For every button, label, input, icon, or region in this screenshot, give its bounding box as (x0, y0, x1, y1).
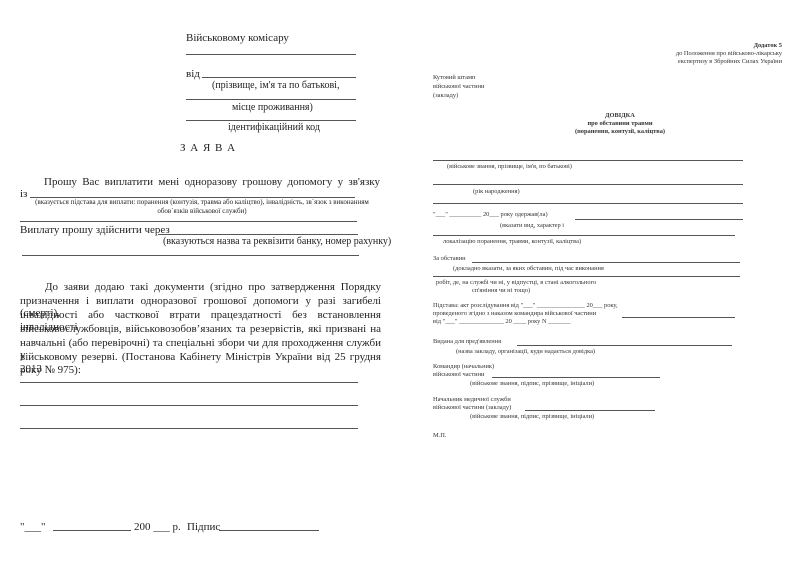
application-title: З А Я В А (180, 142, 236, 154)
hint-name: (прізвище, ім'я та по батькові, (212, 80, 339, 91)
birth-year-field-2[interactable] (433, 203, 743, 204)
hint-circumstances-3: сп'яніння чи ні тощо) (472, 287, 530, 294)
hint-bank: (вказуються назва та реквізити банку, но… (163, 236, 391, 247)
bank-field-2[interactable] (22, 255, 359, 256)
certificate-title: ДОВІДКА (520, 112, 720, 119)
rank-name-field[interactable] (433, 160, 743, 161)
hint-specify: (вказати вид, характер і (500, 222, 564, 229)
commissar-name-field[interactable] (186, 54, 356, 55)
payment-label: Виплату прошу здійснити через (20, 224, 170, 236)
stamp-line-1: Кутовий штамп (433, 74, 475, 81)
medical-chief-line-2: військової частини (закладу) (433, 404, 511, 411)
stamp-place-label: М.П. (433, 432, 447, 439)
order-field[interactable] (622, 317, 735, 318)
footer-sign-label: Підпис (187, 521, 220, 533)
basis-line-2: проведеного згідно з наказом командира в… (433, 310, 596, 317)
issued-label: Видана для пред'явлення (433, 338, 501, 345)
id-code-field[interactable] (186, 120, 356, 121)
circumstances-field-2[interactable] (433, 276, 740, 277)
residence-field[interactable] (186, 99, 356, 100)
addressee-label: Військовому комісару (186, 32, 289, 44)
applicant-name-field[interactable] (202, 77, 356, 78)
stamp-line-3: (закладу) (433, 92, 458, 99)
attach-line: року № 975): (20, 364, 81, 376)
footer-date-field[interactable] (53, 530, 131, 531)
hint-circumstances-2: робіт, де, на службі чи ні, у відпустці,… (436, 279, 596, 286)
bank-field[interactable] (158, 234, 358, 235)
attachment-field-3[interactable] (20, 428, 358, 429)
attach-line: До заяви додаю такі документи (згідно пр… (45, 281, 381, 293)
medical-chief-signature-field[interactable] (525, 410, 655, 411)
from-label: від (186, 68, 200, 80)
hint-reason-2: обов`язків військової служби) (20, 207, 384, 215)
injury-date-line: "___" __________ 20___ року одержав(ла) (433, 211, 548, 218)
stamp-line-2: військової частини (433, 83, 484, 90)
hint-circumstances-1: (докладно вказати, за яких обставин, під… (453, 265, 604, 272)
birth-year-field[interactable] (433, 184, 743, 185)
injury-localization-field[interactable] (433, 235, 735, 236)
hint-rank-name: (військове звання, прізвище, ім'я, по ба… (447, 163, 572, 170)
request-text: Прошу Вас виплатити мені одноразову грош… (44, 176, 380, 188)
attachment-field-2[interactable] (20, 405, 358, 406)
circumstances-label: За обставин (433, 255, 465, 262)
basis-line-1: Підстава: акт розслідування від "___" __… (433, 302, 618, 309)
hint-commander: (військове звання, підпис, прізвище, іні… (470, 380, 594, 387)
attachment-field-1[interactable] (20, 382, 358, 383)
certificate-subtitle-2: (поранення, контузії, каліцтва) (520, 128, 720, 135)
commander-signature-field[interactable] (492, 377, 660, 378)
hint-id-code: ідентифікаційний код (228, 122, 320, 133)
hint-birth-year: (рік народження) (473, 188, 520, 195)
signature-field[interactable] (219, 530, 319, 531)
reason-field-2[interactable] (20, 221, 357, 222)
hint-issued: (назва закладу, організації, куди надаєт… (456, 348, 595, 355)
issued-to-field[interactable] (517, 345, 732, 346)
certificate-subtitle-1: про обставини травми (520, 120, 720, 127)
hint-reason-1: (вказується підстава для виплати: поране… (20, 198, 384, 206)
medical-chief-line-1: Начальник медичної служби (433, 396, 511, 403)
appendix-title: Додаток 5 (754, 42, 782, 49)
hint-medical-chief: (військове звання, підпис, прізвище, іні… (470, 413, 594, 420)
hint-localization: локалізацію поранення, травми, контузії,… (443, 238, 581, 245)
commander-line-1: Командир (начальник) (433, 363, 494, 370)
appendix-line-2: експертизу в Збройних Силах України (678, 58, 782, 65)
commander-line-2: військової частини (433, 371, 484, 378)
appendix-line-1: до Положення про військово-лікарську (676, 50, 782, 57)
injury-type-field[interactable] (575, 219, 743, 220)
attach-line: військовослужбовців, військовозобов’язан… (20, 323, 381, 335)
footer-date-quote: "___" (20, 521, 45, 533)
basis-line-3: від "___" ______________ 20 ____ року N … (433, 318, 571, 325)
circumstances-field[interactable] (472, 262, 740, 263)
hint-residence: місце проживання) (232, 102, 313, 113)
footer-year: 200 ___ р. (134, 521, 181, 533)
